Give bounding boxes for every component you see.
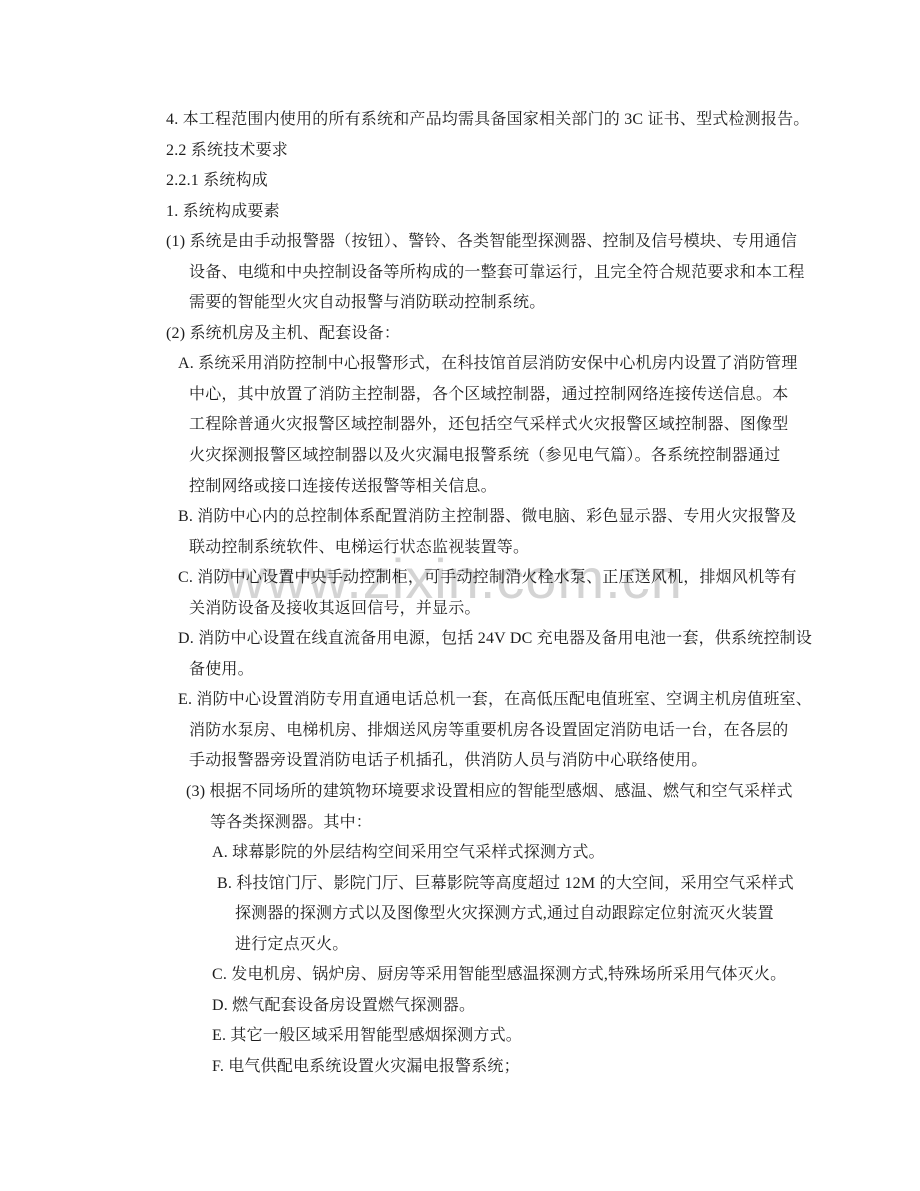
text-line: 探测器的探测方式以及图像型火灾探测方式,通过自动跟踪定位射流灭火装置 — [235, 899, 920, 930]
text-line: 控制网络或接口连接传送报警等相关信息。 — [189, 472, 920, 503]
text-line: A. 系统采用消防控制中心报警形式，在科技馆首层消防安保中心机房内设置了消防管理 — [178, 349, 920, 380]
text-line: E. 消防中心设置消防专用直通电话总机一套，在高低压配电值班室、空调主机房值班室… — [178, 685, 920, 716]
text-line: 备使用。 — [189, 655, 920, 686]
text-line: 1. 系统构成要素 — [166, 197, 920, 228]
text-line: 火灾探测报警区域控制器以及火灾漏电报警系统（参见电气篇）。各系统控制器通过 — [189, 441, 920, 472]
text-line: (2) 系统机房及主机、配套设备： — [166, 319, 920, 350]
text-line: C. 消防中心设置中央手动控制柜，可手动控制消火栓水泵、正压送风机，排烟风机等有 — [178, 563, 920, 594]
document-page: www.zixin.com.cn 4. 本工程范围内使用的所有系统和产品均需具备… — [0, 0, 920, 1191]
section-heading: 2.2 系统技术要求 — [166, 136, 920, 167]
section-heading: 2.2.1 系统构成 — [166, 166, 920, 197]
text-line: 手动报警器旁设置消防电话子机插孔，供消防人员与消防中心联络使用。 — [189, 746, 920, 777]
document-body: 4. 本工程范围内使用的所有系统和产品均需具备国家相关部门的 3C 证书、型式检… — [0, 105, 920, 1083]
text-line: (3) 根据不同场所的建筑物环境要求设置相应的智能型感烟、感温、燃气和空气采样式 — [186, 777, 920, 808]
text-line: 需要的智能型火灾自动报警与消防联动控制系统。 — [189, 288, 920, 319]
text-line: 等各类探测器。其中： — [210, 808, 920, 839]
text-line: B. 科技馆门厅、影院门厅、巨幕影院等高度超过 12M 的大空间，采用空气采样式 — [217, 869, 920, 900]
text-line: 4. 本工程范围内使用的所有系统和产品均需具备国家相关部门的 3C 证书、型式检… — [166, 105, 920, 136]
text-line: 进行定点灭火。 — [235, 930, 920, 961]
text-line: E. 其它一般区域采用智能型感烟探测方式。 — [212, 1021, 920, 1052]
text-line: B. 消防中心内的总控制体系配置消防主控制器、微电脑、彩色显示器、专用火灾报警及 — [178, 502, 920, 533]
text-line: (1) 系统是由手动报警器（按钮）、警铃、各类智能型探测器、控制及信号模块、专用… — [166, 227, 920, 258]
text-line: A. 球幕影院的外层结构空间采用空气采样式探测方式。 — [212, 838, 920, 869]
text-line: 中心，其中放置了消防主控制器，各个区域控制器，通过控制网络连接传送信息。本 — [189, 380, 920, 411]
text-line: 工程除普通火灾报警区域控制器外，还包括空气采样式火灾报警区域控制器、图像型 — [189, 410, 920, 441]
text-line: 联动控制系统软件、电梯运行状态监视装置等。 — [189, 533, 920, 564]
text-line: C. 发电机房、锅炉房、厨房等采用智能型感温探测方式,特殊场所采用气体灭火。 — [212, 960, 920, 991]
text-line: 关消防设备及接收其返回信号，并显示。 — [189, 594, 920, 625]
text-line: 消防水泵房、电梯机房、排烟送风房等重要机房各设置固定消防电话一台，在各层的 — [189, 716, 920, 747]
text-line: D. 燃气配套设备房设置燃气探测器。 — [212, 991, 920, 1022]
text-line: D. 消防中心设置在线直流备用电源，包括 24V DC 充电器及备用电池一套，供… — [178, 624, 920, 655]
text-line: 设备、电缆和中央控制设备等所构成的一整套可靠运行，且完全符合规范要求和本工程 — [189, 258, 920, 289]
text-line: F. 电气供配电系统设置火灾漏电报警系统； — [212, 1052, 920, 1083]
